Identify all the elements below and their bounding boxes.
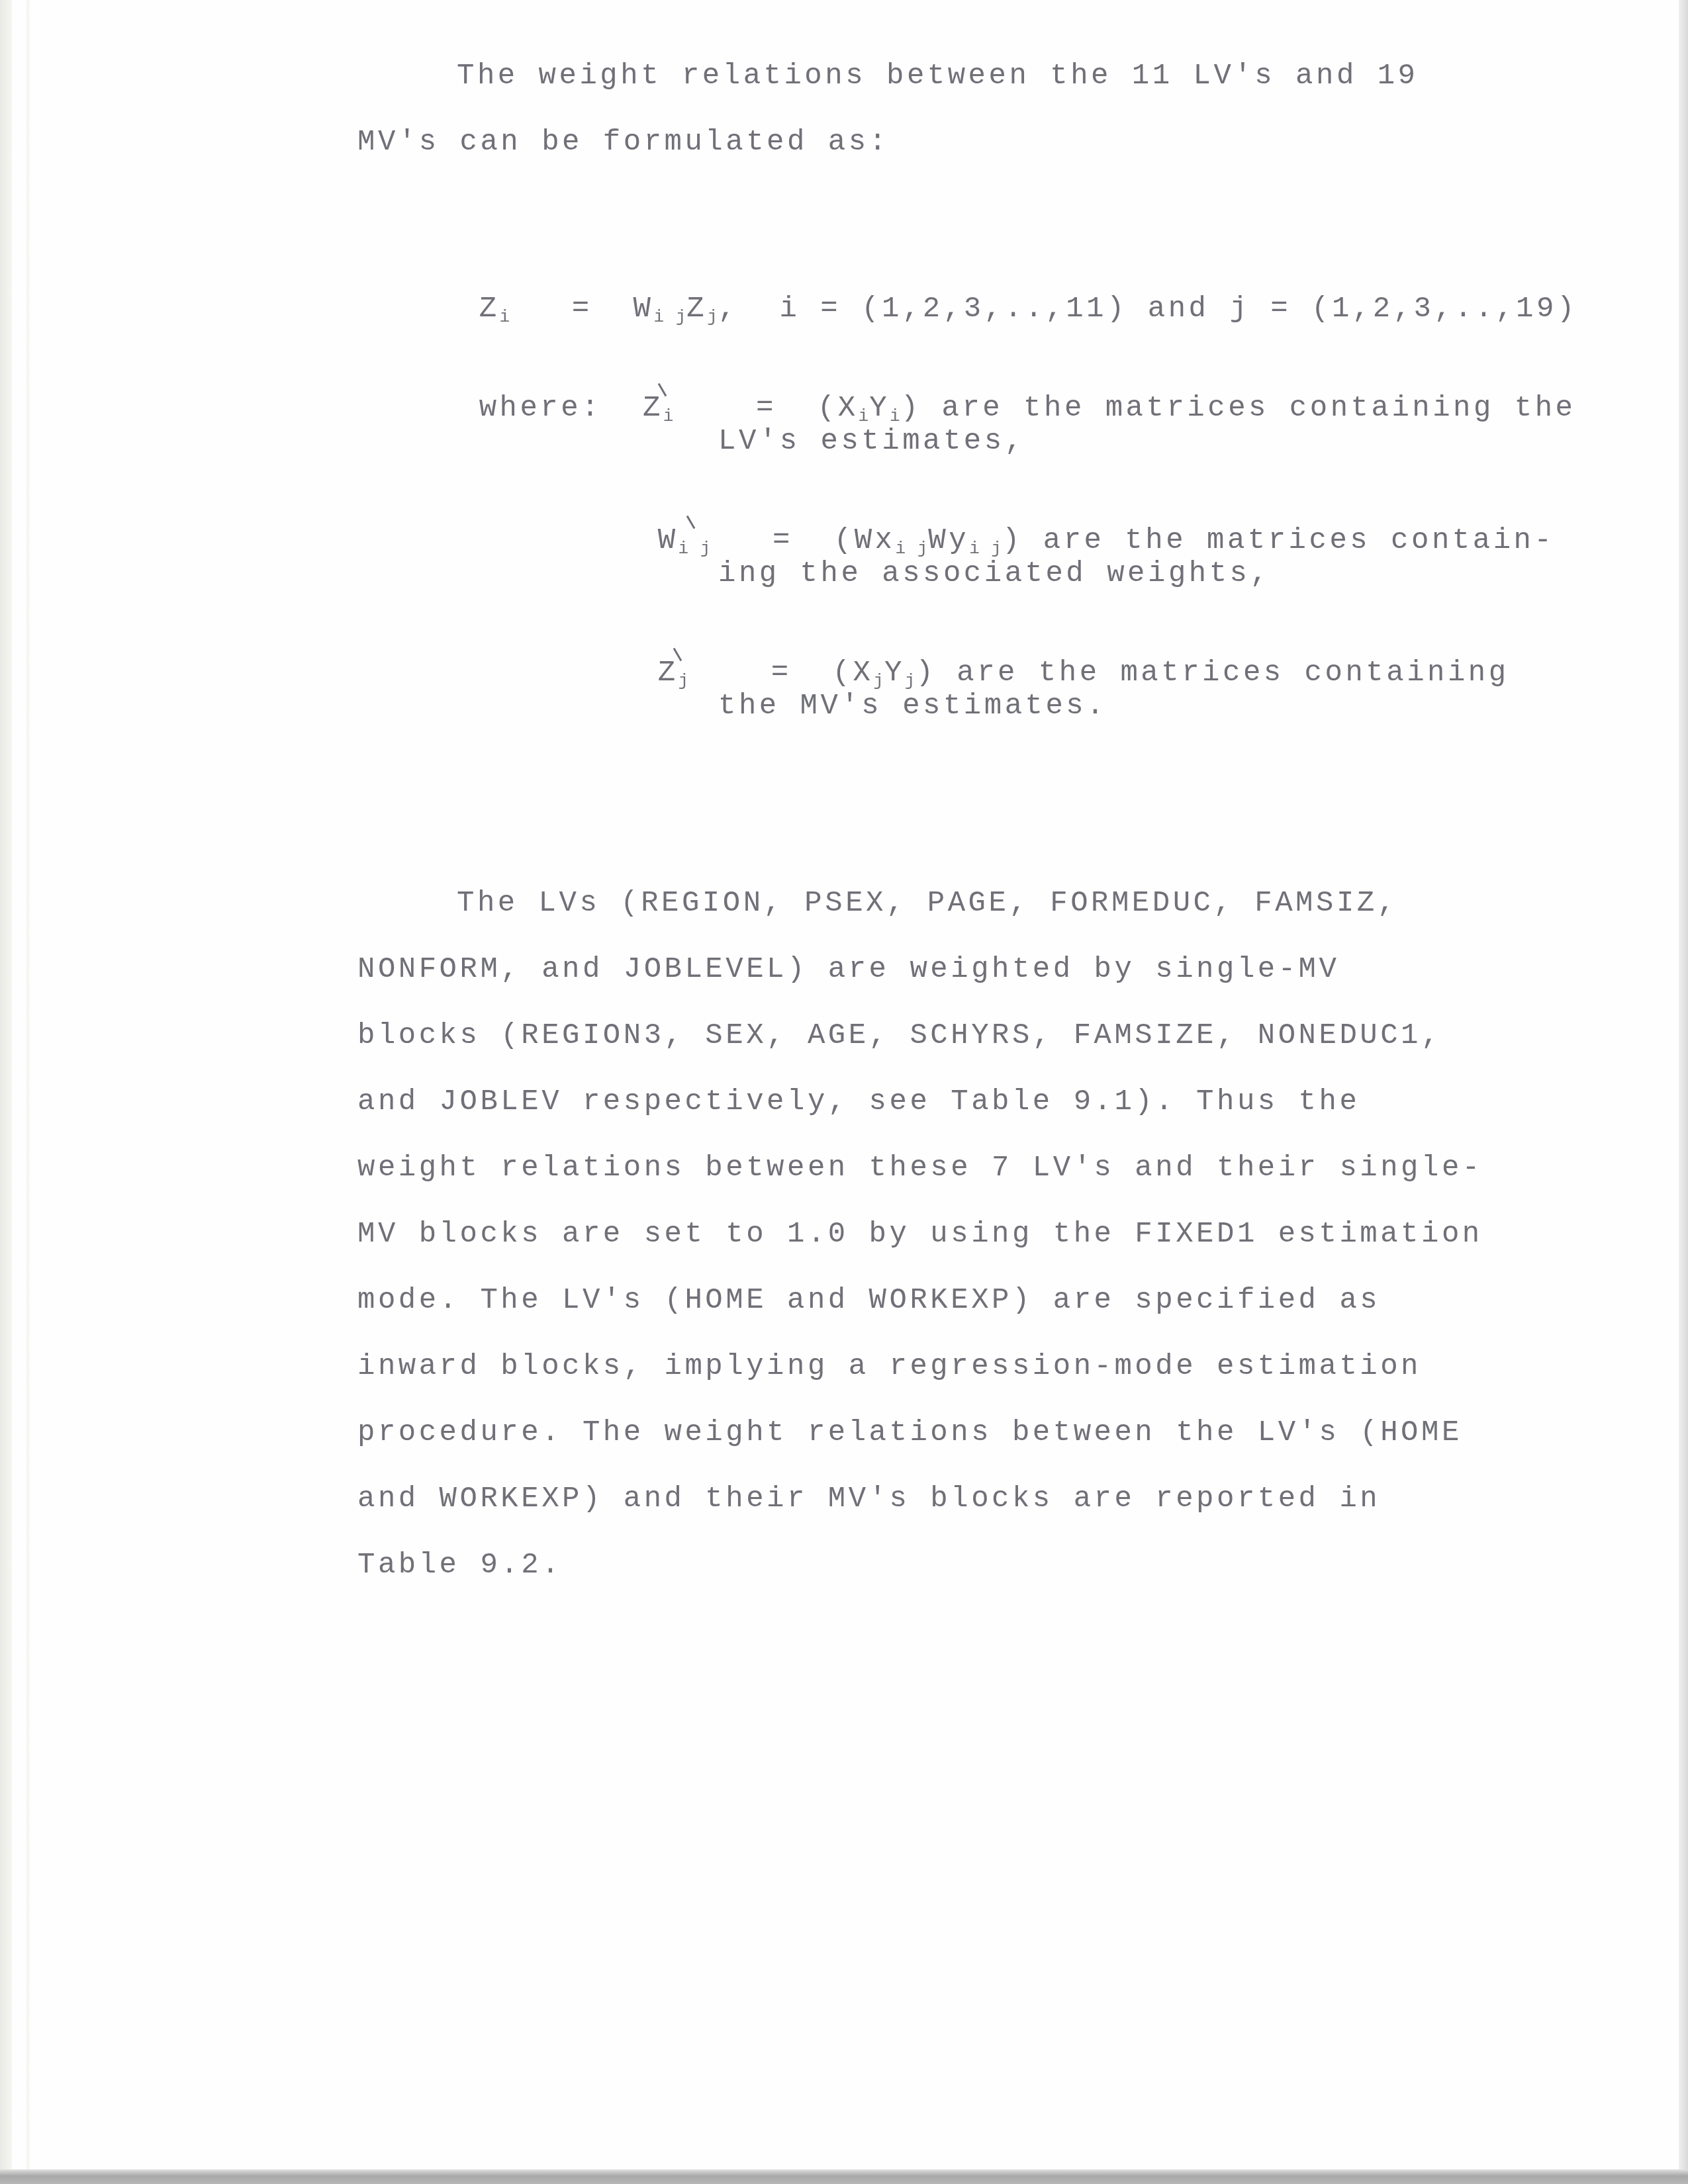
scanned-page: The weight relations between the 11 LV's… [0, 0, 1688, 2184]
paragraph-line-3: blocks (REGION3, SEX, AGE, SCHYRS, FAMSI… [357, 1019, 1442, 1052]
paragraph-line-10: and WORKEXP) and their MV's blocks are r… [357, 1482, 1380, 1516]
paragraph-line-7: mode. The LV's (HOME and WORKEXP) are sp… [357, 1284, 1380, 1317]
scan-left-edge [0, 0, 12, 2184]
paragraph-line-2: NONFORM, and JOBLEVEL) are weighted by s… [357, 953, 1339, 986]
formula-z: Z [686, 293, 707, 326]
symbol-z-hat-i: Zi [643, 392, 675, 428]
paragraph-line-4: and JOBLEV respectively, see Table 9.1).… [357, 1085, 1360, 1118]
where-item-2-continuation: ing the associated weights, [718, 557, 1270, 590]
intro-line-1: The weight relations between the 11 LV's… [457, 60, 1419, 93]
where-label: where: [479, 392, 602, 425]
formula-w: W [633, 293, 654, 326]
formula-lhs: Z [479, 293, 500, 326]
where-equals-3: = [771, 657, 792, 690]
where-item-3-continuation: the MV's estimates. [718, 690, 1107, 723]
paragraph-line-11: Table 9.2. [357, 1549, 562, 1582]
paragraph-line-9: procedure. The weight relations between … [357, 1416, 1462, 1449]
where-equals-2: = [773, 524, 793, 557]
where-item-1-continuation: LV's estimates, [718, 425, 1025, 458]
scan-left-shadow [26, 0, 30, 2184]
formula-equals: = [572, 293, 592, 326]
paragraph-line-5: weight relations between these 7 LV's an… [357, 1152, 1483, 1185]
symbol-z-hat-j: Zj [658, 657, 690, 692]
where-equals-1: = [756, 392, 776, 425]
formula-z-sub: j [707, 307, 718, 327]
formula-index-ranges: , i = (1,2,3,..,11) and j = (1,2,3,..,19… [718, 293, 1577, 326]
symbol-w-hat-ij: Wi j [658, 524, 712, 560]
formula-lhs-sub: i [500, 307, 511, 327]
intro-line-2: MV's can be formulated as: [357, 126, 890, 159]
paragraph-line-1: The LVs (REGION, PSEX, PAGE, FORMEDUC, F… [457, 887, 1398, 920]
paragraph-line-6: MV blocks are set to 1.0 by using the FI… [357, 1218, 1483, 1251]
scan-bottom-edge [0, 2169, 1688, 2184]
paragraph-line-8: inward blocks, implying a regression-mod… [357, 1350, 1421, 1383]
formula-line: Zi = Wi jZj, i = (1,2,3,..,11) and j = (… [397, 259, 1577, 361]
scan-right-edge [1679, 0, 1688, 2184]
formula-w-sub: i j [653, 307, 686, 327]
